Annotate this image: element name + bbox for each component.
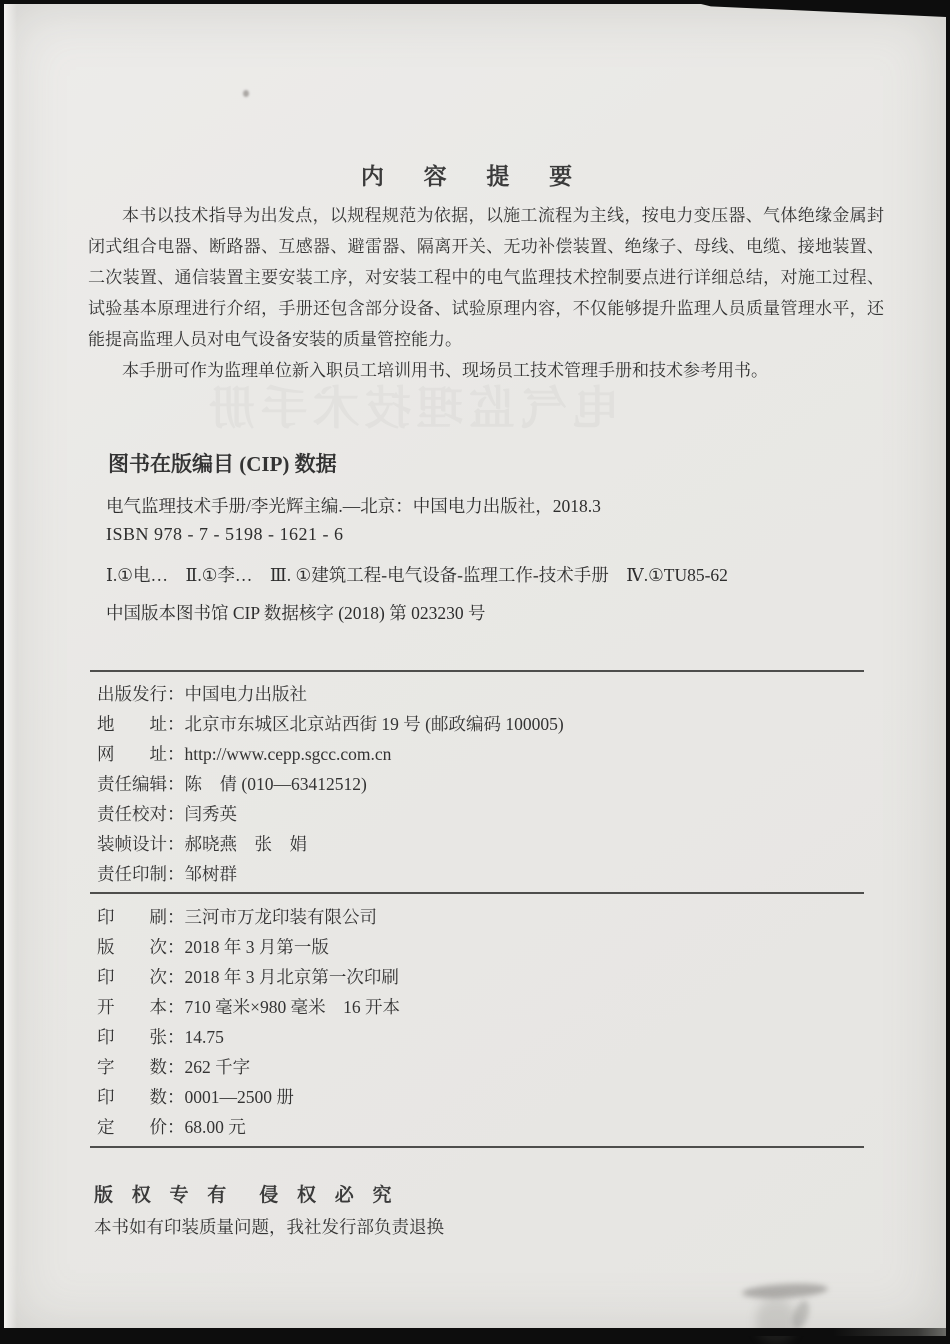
row-value: 2018 年 3 月北京第一次印刷 (185, 967, 399, 987)
scan-smudge (790, 1299, 813, 1332)
row-value: 710 毫米×980 毫米 16 开本 (185, 997, 401, 1017)
row-value: 陈 倩 (010—63412512) (185, 774, 367, 794)
row-value: http://www.cepp.sgcc.com.cn (185, 744, 392, 764)
printing-row: 印 次：2018 年 3 月北京第一次印刷 (97, 962, 400, 992)
isbn-line: ISBN 978 - 7 - 5198 - 1621 - 6 (106, 524, 344, 545)
row-value: 14.75 (185, 1027, 224, 1047)
content-summary-block: 本书以技术指导为出发点，以规程规范为依据，以施工流程为主线，按电力变压器、气体绝… (88, 200, 884, 386)
cip-classification-line: Ⅰ.①电… Ⅱ.①李… Ⅲ. ①建筑工程-电气设备-监理工作-技术手册 Ⅳ.①T… (106, 562, 728, 587)
publication-row: 网 址：http://www.cepp.sgcc.com.cn (97, 739, 564, 769)
scan-smudge (756, 1298, 796, 1344)
scanned-copyright-page: 电气监理技术手册 内 容 提 要 本书以技术指导为出发点，以规程规范为依据，以施… (4, 4, 946, 1336)
row-value: 68.00 元 (185, 1117, 246, 1137)
cip-heading: 图书在版编目 (CIP) 数据 (108, 448, 337, 478)
row-value: 2018 年 3 月第一版 (185, 937, 329, 957)
divider-rule-top (90, 670, 864, 672)
row-label: 定 价： (97, 1112, 185, 1142)
paper-edge-highlight (4, 4, 17, 1336)
row-label: 开 本： (97, 992, 185, 1022)
row-value: 邹树群 (185, 864, 238, 884)
row-value: 中国电力出版社 (185, 684, 308, 704)
publication-row: 出版发行：中国电力出版社 (97, 679, 564, 709)
publication-row: 装帧设计：郝晓燕 张 娟 (97, 829, 564, 859)
printing-row: 版 次：2018 年 3 月第一版 (97, 932, 400, 962)
divider-rule-middle (90, 892, 864, 894)
row-label: 印 张： (97, 1022, 185, 1052)
publication-row: 责任印制：邹树群 (97, 859, 564, 889)
copyright-warning: 版 权 专 有 侵 权 必 究 (94, 1180, 399, 1207)
paper-speck (243, 90, 249, 97)
printing-row: 定 价：68.00 元 (97, 1112, 400, 1142)
publication-row: 地 址：北京市东城区北京站西街 19 号 (邮政编码 100005) (97, 709, 564, 739)
section-title: 内 容 提 要 (4, 158, 946, 191)
publication-row: 责任编辑：陈 倩 (010—63412512) (97, 769, 564, 799)
row-label: 印 刷： (97, 902, 185, 932)
publication-row: 责任校对：闫秀英 (97, 799, 564, 829)
publication-info-block: 出版发行：中国电力出版社 地 址：北京市东城区北京站西街 19 号 (邮政编码 … (97, 679, 564, 889)
row-value: 北京市东城区北京站西街 19 号 (邮政编码 100005) (185, 714, 564, 734)
printing-row: 印 数：0001—2500 册 (97, 1082, 400, 1112)
printing-row: 字 数：262 千字 (97, 1052, 400, 1082)
cip-registry-line: 中国版本图书馆 CIP 数据核字 (2018) 第 023230 号 (106, 600, 486, 625)
row-value: 闫秀英 (185, 804, 238, 824)
row-label: 出版发行： (97, 679, 185, 709)
scanner-corner-shadow (701, 4, 946, 17)
printing-row: 印 张：14.75 (97, 1022, 400, 1052)
row-label: 印 次： (97, 962, 185, 992)
row-value: 郝晓燕 张 娟 (185, 834, 308, 854)
scan-smudge (742, 1282, 829, 1300)
row-label: 字 数： (97, 1052, 185, 1082)
row-label: 责任校对： (97, 799, 185, 829)
row-label: 版 次： (97, 932, 185, 962)
row-label: 装帧设计： (97, 829, 185, 859)
row-label: 网 址： (97, 739, 185, 769)
summary-paragraph-1: 本书以技术指导为出发点，以规程规范为依据，以施工流程为主线，按电力变压器、气体绝… (88, 200, 884, 355)
printing-row: 印 刷：三河市万龙印装有限公司 (97, 902, 400, 932)
row-value: 0001—2500 册 (185, 1087, 294, 1107)
return-policy-note: 本书如有印装质量问题，我社发行部负责退换 (94, 1214, 444, 1239)
row-label: 印 数： (97, 1082, 185, 1112)
scanner-bottom-shadow (4, 1328, 946, 1336)
row-label: 地 址： (97, 709, 185, 739)
row-value: 三河市万龙印装有限公司 (185, 907, 378, 927)
divider-rule-bottom (90, 1146, 864, 1148)
row-label: 责任编辑： (97, 769, 185, 799)
summary-paragraph-2: 本手册可作为监理单位新入职员工培训用书、现场员工技术管理手册和技术参考用书。 (88, 355, 884, 386)
printing-row: 开 本：710 毫米×980 毫米 16 开本 (97, 992, 400, 1022)
row-value: 262 千字 (185, 1057, 251, 1077)
cip-title-line: 电气监理技术手册/李光辉主编.—北京：中国电力出版社，2018.3 (106, 493, 601, 518)
row-label: 责任印制： (97, 859, 185, 889)
printing-info-block: 印 刷：三河市万龙印装有限公司 版 次：2018 年 3 月第一版 印 次：20… (97, 902, 400, 1142)
